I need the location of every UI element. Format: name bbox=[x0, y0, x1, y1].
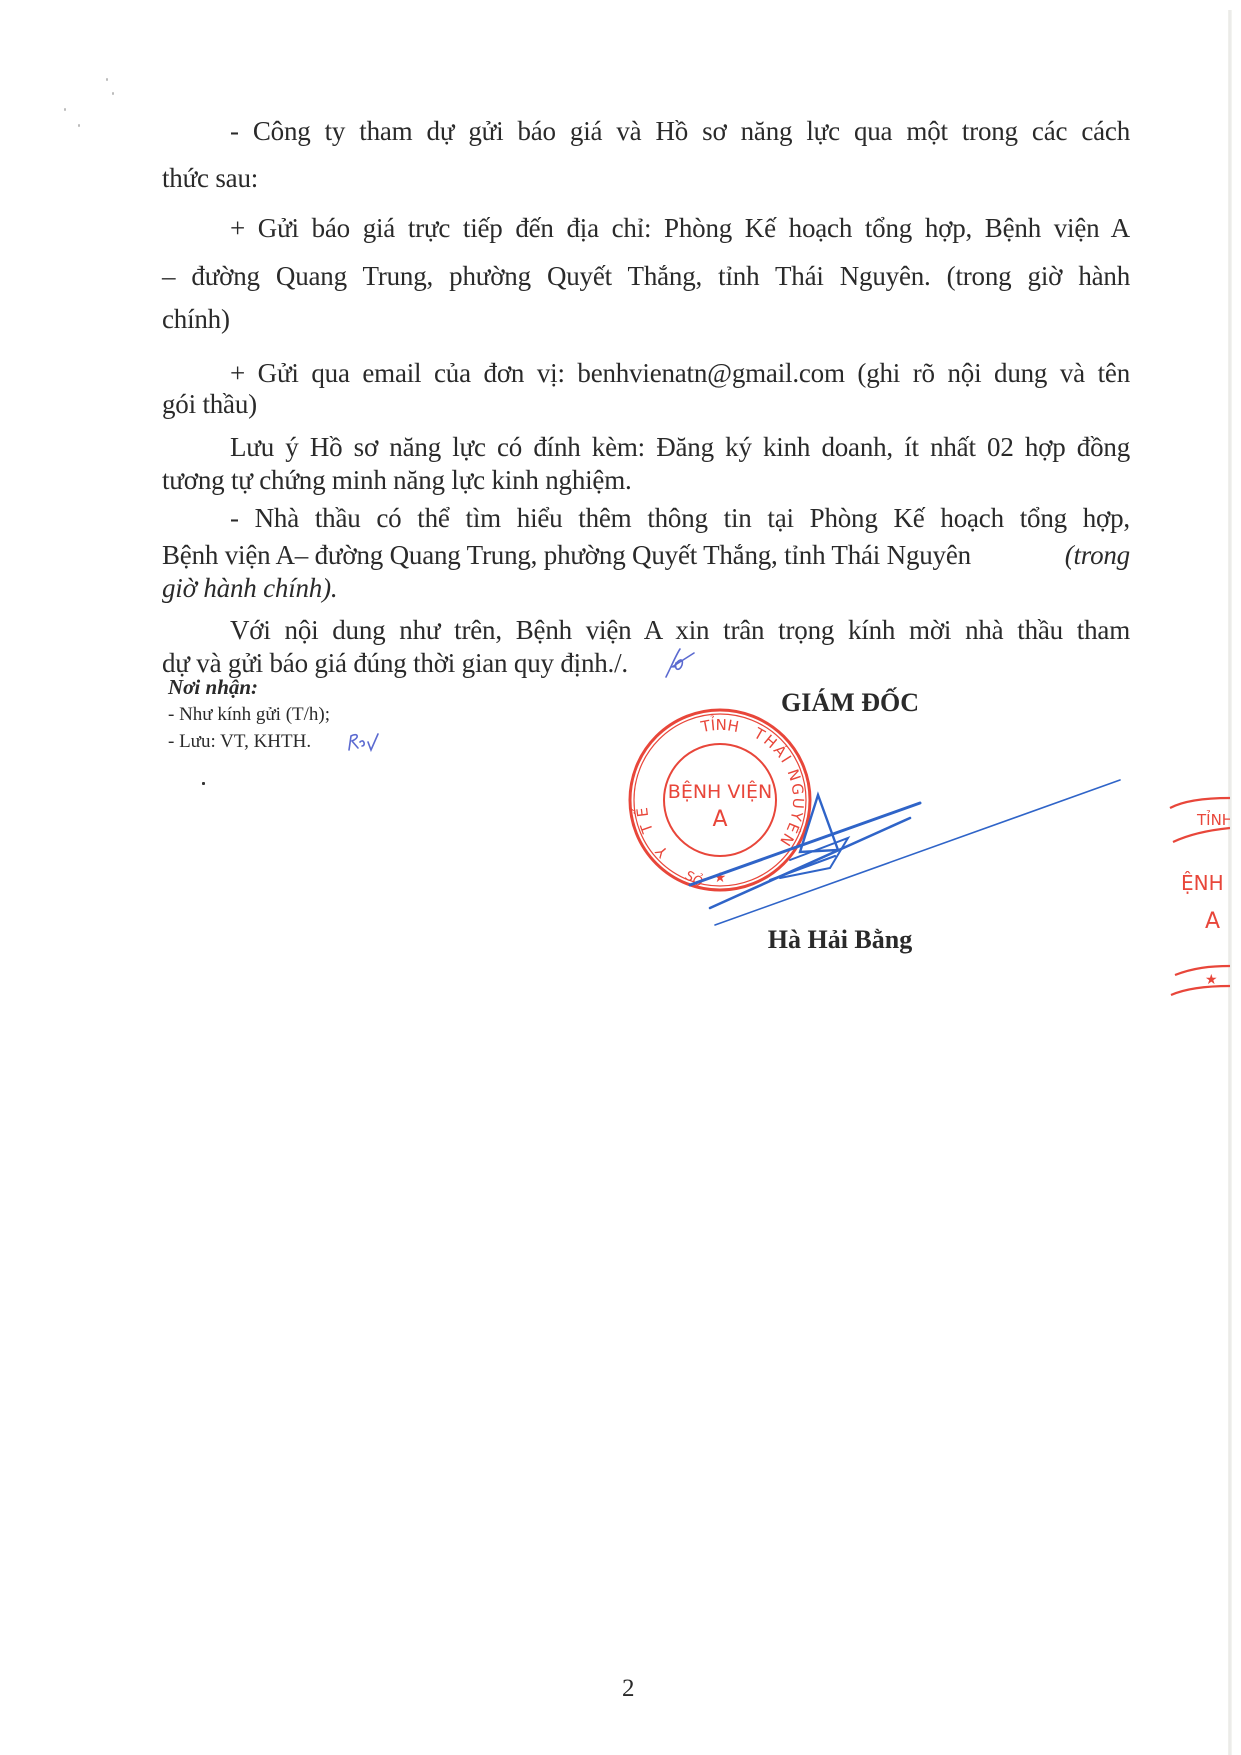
body-line: Bệnh viện A– đường Quang Trung, phường Q… bbox=[162, 539, 1130, 571]
svg-text:ỆNH: ỆNH bbox=[1181, 871, 1224, 895]
body-line: – đường Quang Trung, phường Quyết Thắng,… bbox=[162, 260, 1130, 292]
scan-speck bbox=[106, 78, 108, 81]
svg-text:TỈNH: TỈNH bbox=[698, 714, 740, 736]
svg-text:★: ★ bbox=[1205, 973, 1218, 988]
recipient-item-text: - Lưu: VT, KHTH. bbox=[168, 731, 311, 752]
body-line: Lưu ý Hồ sơ năng lực có đính kèm: Đăng k… bbox=[230, 431, 1130, 463]
body-line-text: Bệnh viện A– đường Quang Trung, phường Q… bbox=[162, 539, 971, 571]
svg-text:A: A bbox=[1205, 909, 1220, 934]
recipient-item: - Lưu: VT, KHTH. bbox=[168, 728, 330, 755]
body-line: thức sau: bbox=[162, 162, 258, 194]
body-line: - Công ty tham dự gửi báo giá và Hồ sơ n… bbox=[230, 115, 1130, 147]
body-line-email: + Gửi qua email của đơn vị: benhvienatn@… bbox=[230, 357, 1130, 389]
handwritten-initials-icon bbox=[660, 645, 696, 681]
svg-text:TỈNH: TỈNH bbox=[1196, 809, 1230, 829]
body-line: chính) bbox=[162, 303, 230, 335]
body-line: giờ hành chính). bbox=[162, 572, 337, 604]
handwritten-initials-icon bbox=[346, 730, 380, 754]
recipient-item: - Như kính gửi (T/h); bbox=[168, 701, 330, 728]
body-line: + Gửi báo giá trực tiếp đến địa chỉ: Phò… bbox=[230, 212, 1130, 244]
recipients-block: Nơi nhận: - Như kính gửi (T/h); - Lưu: V… bbox=[168, 674, 330, 755]
scan-speck bbox=[112, 92, 114, 95]
scan-speck bbox=[64, 108, 66, 111]
scan-speck bbox=[78, 124, 80, 127]
body-line-italic: (trong bbox=[1065, 539, 1130, 571]
scan-speck bbox=[202, 782, 205, 785]
recipients-title: Nơi nhận: bbox=[168, 674, 330, 701]
signer-name: Hà Hải Bằng bbox=[740, 925, 940, 955]
page-number: 2 bbox=[622, 1675, 635, 1703]
body-line: gói thầu) bbox=[162, 388, 257, 420]
body-line: tương tự chứng minh năng lực kinh nghiệm… bbox=[162, 464, 632, 496]
handwritten-signature-icon bbox=[680, 760, 1140, 930]
body-line: - Nhà thầu có thể tìm hiểu thêm thông ti… bbox=[230, 502, 1130, 534]
body-line: Với nội dung như trên, Bệnh viện A xin t… bbox=[230, 614, 1130, 646]
partial-stamp-icon: TỈNH ỆNH A ★ bbox=[1155, 790, 1230, 1000]
